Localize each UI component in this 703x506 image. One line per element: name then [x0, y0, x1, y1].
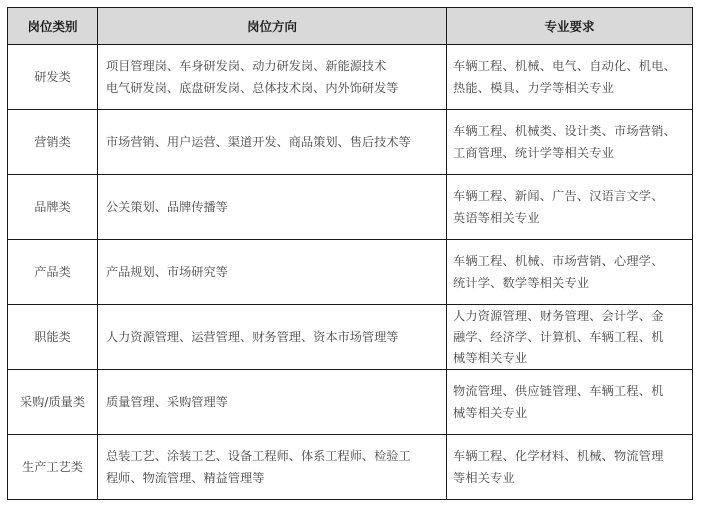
- requirement-line: 人力资源管理、财务管理、会计学、金: [453, 306, 688, 327]
- direction-cell: 产品规划、市场研究等: [98, 240, 447, 305]
- direction-line: 公关策划、品牌传播等: [106, 196, 440, 218]
- direction-line: 电气研发岗、底盘研发岗、总体技术岗、内外饰研发等: [106, 77, 440, 99]
- header-requirement: 专业要求: [447, 8, 693, 45]
- job-requirements-table: 岗位类别 岗位方向 专业要求 研发类 项目管理岗、车身研发岗、动力研发岗、新能源…: [7, 7, 693, 500]
- table-row: 采购/质量类 质量管理、采购管理等 物流管理、供应链管理、车辆工程、机 械等相关…: [8, 370, 693, 435]
- direction-line: 人力资源管理、运营管理、财务管理、资本市场管理等: [106, 326, 440, 348]
- requirement-line: 等相关专业: [453, 467, 688, 489]
- requirement-cell: 车辆工程、机械、市场营销、心理学、 统计学、数学等相关专业: [447, 240, 693, 305]
- table-row: 职能类 人力资源管理、运营管理、财务管理、资本市场管理等 人力资源管理、财务管理…: [8, 305, 693, 370]
- requirement-line: 车辆工程、机械类、设计类、市场营销、: [453, 120, 688, 142]
- direction-cell: 公关策划、品牌传播等: [98, 175, 447, 240]
- category-cell: 产品类: [8, 240, 98, 305]
- requirement-line: 车辆工程、化学材料、机械、物流管理: [453, 445, 688, 467]
- direction-line: 质量管理、采购管理等: [106, 391, 440, 413]
- requirement-line: 车辆工程、新闻、广告、汉语言文学、: [453, 185, 688, 207]
- requirement-cell: 车辆工程、化学材料、机械、物流管理 等相关专业: [447, 435, 693, 500]
- direction-cell: 项目管理岗、车身研发岗、动力研发岗、新能源技术 电气研发岗、底盘研发岗、总体技术…: [98, 45, 447, 110]
- header-direction: 岗位方向: [98, 8, 447, 45]
- requirement-cell: 车辆工程、机械类、设计类、市场营销、 工商管理、统计学等相关专业: [447, 110, 693, 175]
- requirement-line: 车辆工程、机械、市场营销、心理学、: [453, 250, 688, 272]
- requirement-line: 热能、模具、力学等相关专业: [453, 77, 688, 99]
- category-cell: 品牌类: [8, 175, 98, 240]
- requirement-line: 车辆工程、机械、电气、自动化、机电、: [453, 55, 688, 77]
- requirement-line: 械等相关专业: [453, 348, 688, 369]
- requirement-cell: 人力资源管理、财务管理、会计学、金 融学、经济学、计算机、车辆工程、机 械等相关…: [447, 305, 693, 370]
- category-cell: 研发类: [8, 45, 98, 110]
- requirement-line: 工商管理、统计学等相关专业: [453, 142, 688, 164]
- category-cell: 营销类: [8, 110, 98, 175]
- requirement-line: 融学、经济学、计算机、车辆工程、机: [453, 327, 688, 348]
- header-category: 岗位类别: [8, 8, 98, 45]
- table-row: 产品类 产品规划、市场研究等 车辆工程、机械、市场营销、心理学、 统计学、数学等…: [8, 240, 693, 305]
- table-row: 品牌类 公关策划、品牌传播等 车辆工程、新闻、广告、汉语言文学、 英语等相关专业: [8, 175, 693, 240]
- direction-cell: 人力资源管理、运营管理、财务管理、资本市场管理等: [98, 305, 447, 370]
- direction-cell: 总装工艺、涂装工艺、设备工程师、体系工程师、检验工 程师、物流管理、精益管理等: [98, 435, 447, 500]
- requirement-line: 英语等相关专业: [453, 207, 688, 229]
- table-row: 生产工艺类 总装工艺、涂装工艺、设备工程师、体系工程师、检验工 程师、物流管理、…: [8, 435, 693, 500]
- direction-line: 程师、物流管理、精益管理等: [106, 467, 440, 489]
- header-row: 岗位类别 岗位方向 专业要求: [8, 8, 693, 45]
- direction-cell: 质量管理、采购管理等: [98, 370, 447, 435]
- requirement-line: 统计学、数学等相关专业: [453, 272, 688, 294]
- requirement-line: 物流管理、供应链管理、车辆工程、机: [453, 380, 688, 402]
- requirement-cell: 车辆工程、机械、电气、自动化、机电、 热能、模具、力学等相关专业: [447, 45, 693, 110]
- category-cell: 职能类: [8, 305, 98, 370]
- requirement-cell: 物流管理、供应链管理、车辆工程、机 械等相关专业: [447, 370, 693, 435]
- direction-cell: 市场营销、用户运营、渠道开发、商品策划、售后技术等: [98, 110, 447, 175]
- category-cell: 采购/质量类: [8, 370, 98, 435]
- direction-line: 市场营销、用户运营、渠道开发、商品策划、售后技术等: [106, 131, 440, 153]
- requirement-line: 械等相关专业: [453, 402, 688, 424]
- direction-line: 产品规划、市场研究等: [106, 261, 440, 283]
- table-row: 研发类 项目管理岗、车身研发岗、动力研发岗、新能源技术 电气研发岗、底盘研发岗、…: [8, 45, 693, 110]
- table-row: 营销类 市场营销、用户运营、渠道开发、商品策划、售后技术等 车辆工程、机械类、设…: [8, 110, 693, 175]
- direction-line: 总装工艺、涂装工艺、设备工程师、体系工程师、检验工: [106, 445, 440, 467]
- requirement-cell: 车辆工程、新闻、广告、汉语言文学、 英语等相关专业: [447, 175, 693, 240]
- direction-line: 项目管理岗、车身研发岗、动力研发岗、新能源技术: [106, 55, 440, 77]
- category-cell: 生产工艺类: [8, 435, 98, 500]
